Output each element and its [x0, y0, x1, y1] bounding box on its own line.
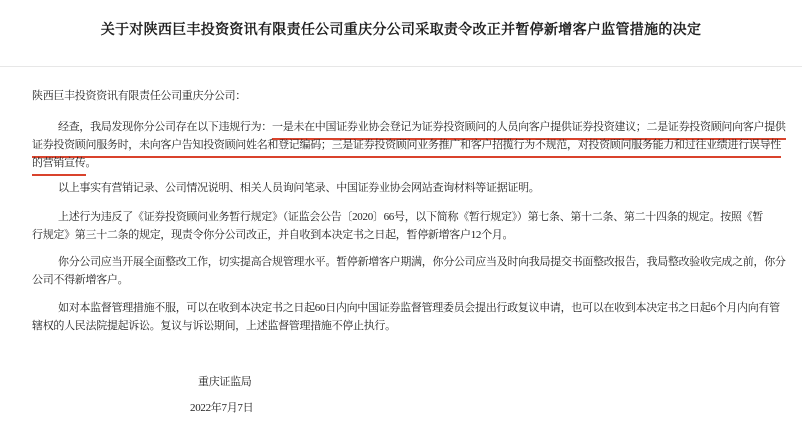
violations-line-2: 证券投资顾问服务时，未向客户告知投资顾问姓名和登记编码；三是证券投资顾问业务推广… — [32, 136, 794, 154]
rectification-paragraph: 你分公司应当开展全面整改工作，切实提高合规管理水平。暂停新增客户期满，你分公司应… — [32, 253, 794, 289]
appeal-paragraph: 如对本监督管理措施不服，可以在收到本决定书之日起60日内向中国证券监督管理委员会… — [32, 299, 794, 335]
appeal-line-2: 辖权的人民法院提起诉讼。复议与诉讼期间，上述监督管理措施不停止执行。 — [32, 317, 794, 335]
salutation: 陕西巨丰投资资讯有限责任公司重庆分公司： — [32, 87, 794, 105]
violations-line-1: 经查，我局发现你分公司存在以下违规行为：一是未在中国证券业协会登记为证券投资顾问… — [32, 118, 794, 136]
document-title: 关于对陕西巨丰投资资讯有限责任公司重庆分公司采取责令改正并暂停新增客户监管措施的… — [0, 0, 802, 39]
appeal-line-1: 如对本监督管理措施不服，可以在收到本决定书之日起60日内向中国证券监督管理委员会… — [32, 299, 794, 317]
issue-date: 2022年7月7日 — [190, 399, 794, 417]
rectification-line-2: 公司不得新增客户。 — [32, 271, 794, 289]
title-divider — [0, 66, 802, 67]
legal-basis-line-1: 上述行为违反了《证券投资顾问业务暂行规定》（证监会公告〔2020〕66号，以下简… — [32, 208, 794, 226]
red-underline-annotation: 的营销宣传 — [32, 154, 86, 176]
violations-line-end: 。 — [86, 157, 97, 169]
violations-paragraph: 经查，我局发现你分公司存在以下违规行为：一是未在中国证券业协会登记为证券投资顾问… — [32, 118, 794, 172]
document-body: 陕西巨丰投资资讯有限责任公司重庆分公司： 经查，我局发现你分公司存在以下违规行为… — [0, 87, 802, 417]
evidence-paragraph: 以上事实有营销记录、公司情况说明、相关人员询问笔录、中国证券业协会网站查询材料等… — [32, 179, 794, 197]
document-page: 关于对陕西巨丰投资资讯有限责任公司重庆分公司采取责令改正并暂停新增客户监管措施的… — [0, 0, 802, 428]
violations-intro: 经查，我局发现你分公司存在以下违规行为： — [58, 121, 272, 133]
rectification-line-1: 你分公司应当开展全面整改工作，切实提高合规管理水平。暂停新增客户期满，你分公司应… — [32, 253, 794, 271]
red-underline-annotation: 证券投资顾问服务时，未向客户告知投资顾问姓名和登记编码；三是证券投资顾问业务推广… — [32, 136, 781, 158]
legal-basis-line-2: 行规定》第三十二条的规定，现责令你分公司改正，并自收到本决定书之日起，暂停新增客… — [32, 226, 794, 244]
legal-basis-paragraph: 上述行为违反了《证券投资顾问业务暂行规定》（证监会公告〔2020〕66号，以下简… — [32, 208, 794, 244]
issuer-signature: 重庆证监局 — [198, 373, 794, 391]
evidence-line: 以上事实有营销记录、公司情况说明、相关人员询问笔录、中国证券业协会网站查询材料等… — [32, 179, 794, 197]
